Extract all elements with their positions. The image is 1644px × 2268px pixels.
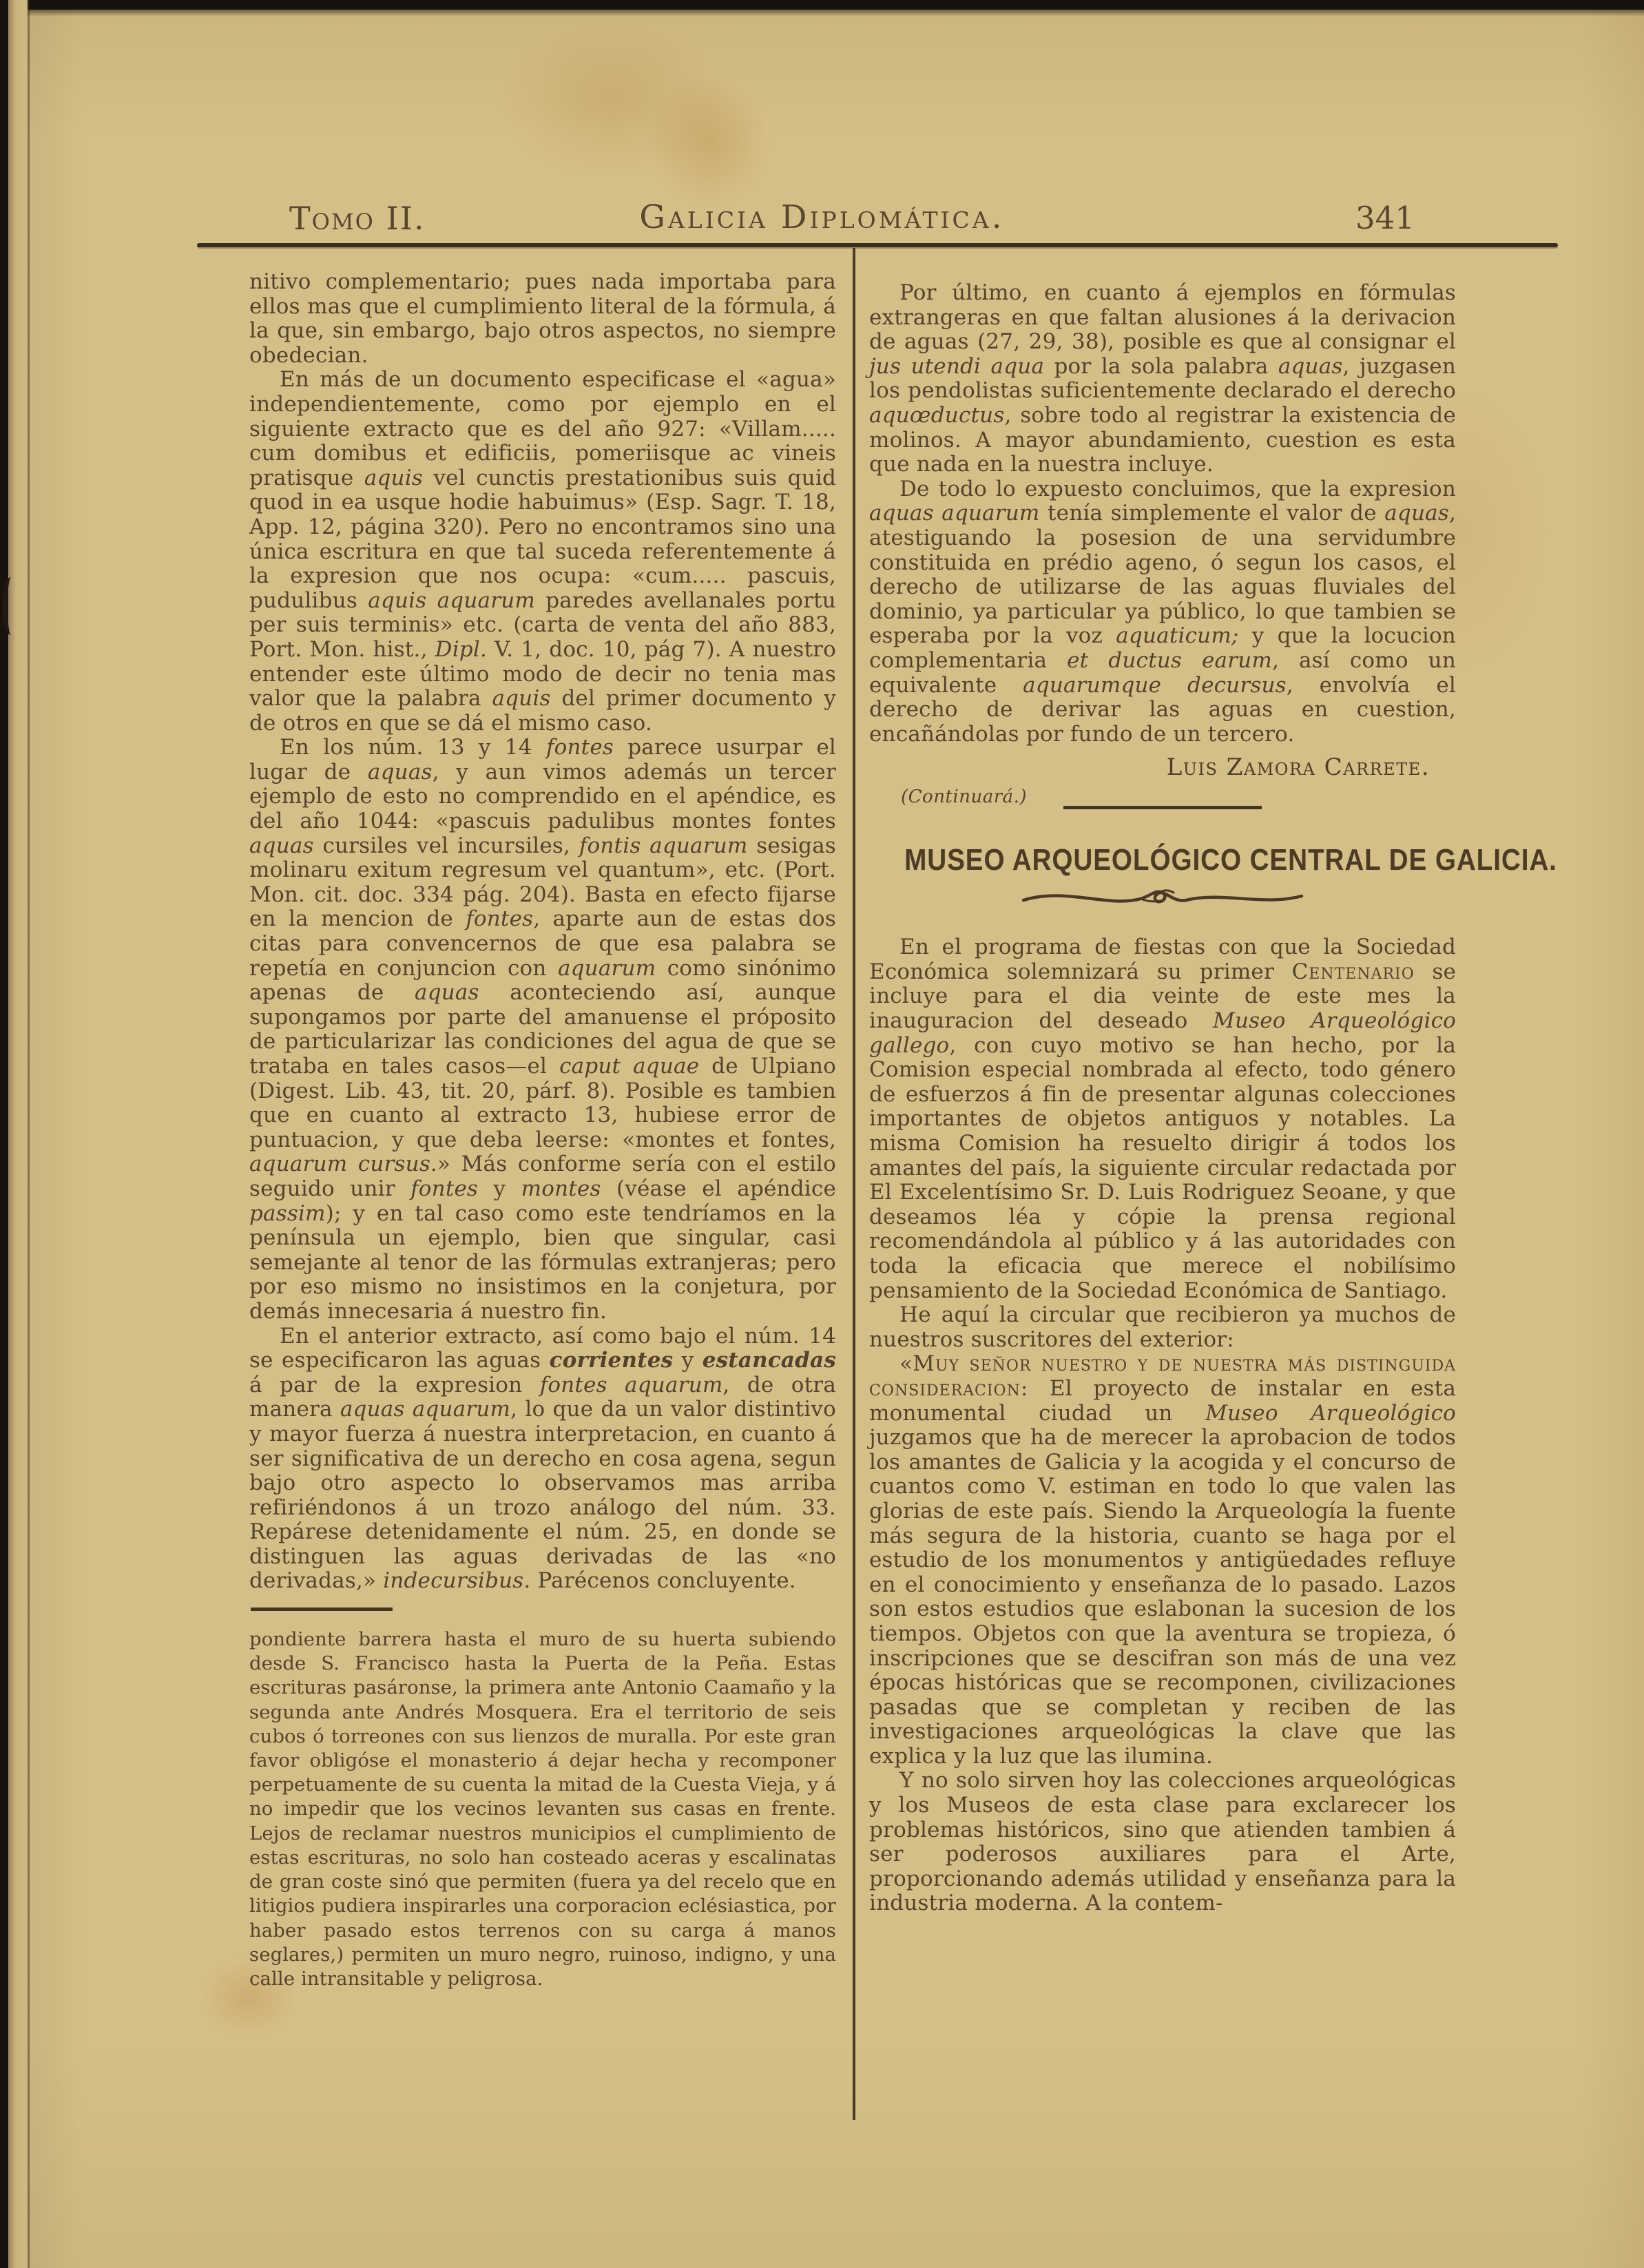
text-segment: caput aquae [559, 1054, 699, 1079]
text-segment: aquas [415, 980, 479, 1005]
text-segment: Dipl. [435, 637, 487, 662]
text-segment: aquis [492, 686, 550, 711]
publication-title: Galicia Diplomática. [639, 198, 1004, 236]
footnote-text: pondiente barrera hasta el muro de su hu… [249, 1627, 836, 1991]
text-segment: nitivo complementario; pues nada importa… [249, 269, 836, 368]
paragraph: Por último, en cuanto á ejemplos en fórm… [869, 281, 1456, 477]
ornament-flourish [1018, 882, 1307, 912]
text-segment: aquas [1384, 501, 1449, 526]
footnote-separator [251, 1608, 393, 1611]
text-segment: jus utendi aqua [869, 354, 1044, 379]
text-segment: aquœductus [869, 403, 1004, 428]
text-segment: aquas aquarum [869, 501, 1040, 526]
text-segment: . Parécenos concluyente. [523, 1568, 795, 1593]
text-segment: En los núm. 13 y 14 [280, 735, 546, 760]
continuation-note: (Continuará.) [901, 787, 1027, 807]
page-number: 341 [1355, 200, 1415, 236]
text-segment: aquas [368, 760, 433, 784]
text-segment: fontis aquarum [579, 833, 748, 858]
volume-label: Tomo II. [289, 200, 426, 237]
paragraph: He aquí la circular que recibieron ya mu… [869, 1303, 1456, 1352]
text-segment: aquarumque decursus [1023, 673, 1287, 698]
text-segment: aquis [364, 466, 423, 490]
text-segment: passim [249, 1201, 326, 1226]
text-segment: (véase el apéndice [601, 1176, 836, 1201]
text-segment: Museo Arqueológico [1205, 1401, 1456, 1426]
left-column: nitivo complementario; pues nada importa… [249, 270, 836, 1991]
text-segment: aquis aquarum [368, 588, 535, 613]
paragraph: pondiente barrera hasta el muro de su hu… [249, 1627, 836, 1991]
text-segment: montes [521, 1176, 601, 1201]
right-column-text: Por último, en cuanto á ejemplos en fórm… [869, 281, 1456, 747]
paragraph: En más de un documento especificase el «… [249, 368, 836, 736]
text-segment: aquas aquarum [340, 1397, 510, 1422]
text-segment: He aquí la circular que recibieron ya mu… [869, 1302, 1456, 1352]
paragraph: En el programa de fiestas con que la Soc… [869, 935, 1456, 1303]
paragraph: De todo lo expuesto concluimos, que la e… [869, 477, 1456, 747]
right-column: Por último, en cuanto á ejemplos en fórm… [869, 281, 1456, 1916]
scan-edge-left [0, 0, 8, 2268]
continuation-row: (Continuará.) [869, 782, 1456, 822]
text-segment: aquas [1278, 354, 1343, 379]
text-segment: y [478, 1176, 521, 1201]
text-segment: cursiles vel incursiles, [314, 833, 579, 858]
section-heading: MUSEO ARQUEOLÓGICO CENTRAL DE GALICIA. [904, 843, 1421, 877]
text-segment: ); y en tal caso como este tendríamos en… [249, 1201, 836, 1324]
text-segment: De todo lo expuesto concluimos, que la e… [899, 477, 1456, 501]
text-segment: corrientes [550, 1348, 674, 1373]
text-segment: fontes [466, 906, 533, 931]
paper-edge-left [8, 0, 28, 2268]
column-divider [853, 248, 855, 2120]
text-segment: , lo que da un valor distintivo y mayor … [249, 1397, 836, 1593]
text-segment: fontes aquarum [540, 1373, 723, 1397]
text-segment: á par de la expresion [249, 1373, 540, 1397]
scan-edge-top-shadow [0, 10, 1644, 17]
text-segment: por la sola palabra [1044, 354, 1278, 379]
paper-crease-line [28, 0, 30, 2268]
scan-edge-top [0, 0, 1644, 10]
text-segment: fontes [410, 1176, 478, 1201]
section-separator-rule [1063, 806, 1262, 809]
text-segment: , con cuyo motivo se han hecho, por la C… [869, 1033, 1456, 1303]
text-segment: pondiente barrera hasta el muro de su hu… [249, 1628, 836, 1990]
paragraph: Y no solo sirven hoy las colecciones arq… [869, 1769, 1456, 1916]
paragraph: nitivo complementario; pues nada importa… [249, 270, 836, 368]
paragraph: En los núm. 13 y 14 fontes parece usurpa… [249, 736, 836, 1324]
text-segment: Y no solo sirven hoy las colecciones arq… [869, 1768, 1456, 1915]
text-segment: tenía simplemente el valor de [1040, 501, 1385, 526]
text-segment: y [673, 1348, 702, 1373]
text-segment: estancadas [703, 1348, 836, 1373]
text-segment: indecursibus [383, 1568, 523, 1593]
author-signature: Luis Zamora Carrete. [869, 753, 1456, 781]
text-segment: aquas [249, 833, 314, 858]
text-segment: aquaticum; [1116, 623, 1238, 648]
paper-stain [496, 21, 730, 179]
left-column-text: nitivo complementario; pues nada importa… [249, 270, 836, 1594]
header-rule [197, 243, 1558, 247]
text-segment: et ductus earum [1067, 648, 1272, 673]
text-segment: juzgamos que ha de merecer la aprobacion… [869, 1425, 1456, 1769]
text-segment: fontes [546, 735, 614, 760]
text-segment: Centenario [1292, 959, 1415, 984]
text-segment: Por último, en cuanto á ejemplos en fórm… [869, 280, 1456, 354]
text-segment: « [899, 1351, 913, 1376]
scan-edge-mark [2, 577, 20, 635]
section-text: En el programa de fiestas con que la Soc… [869, 935, 1456, 1916]
paper-stain [647, 76, 771, 207]
paragraph: «Muy señor nuestro y de nuestra más dist… [869, 1352, 1456, 1769]
paragraph: En el anterior extracto, así como bajo e… [249, 1324, 836, 1594]
text-segment: aquarum cursus. [249, 1152, 437, 1176]
text-segment: aquarum [558, 956, 656, 981]
scanned-page: Tomo II. Galicia Diplomática. 341 nitivo… [0, 0, 1644, 2268]
